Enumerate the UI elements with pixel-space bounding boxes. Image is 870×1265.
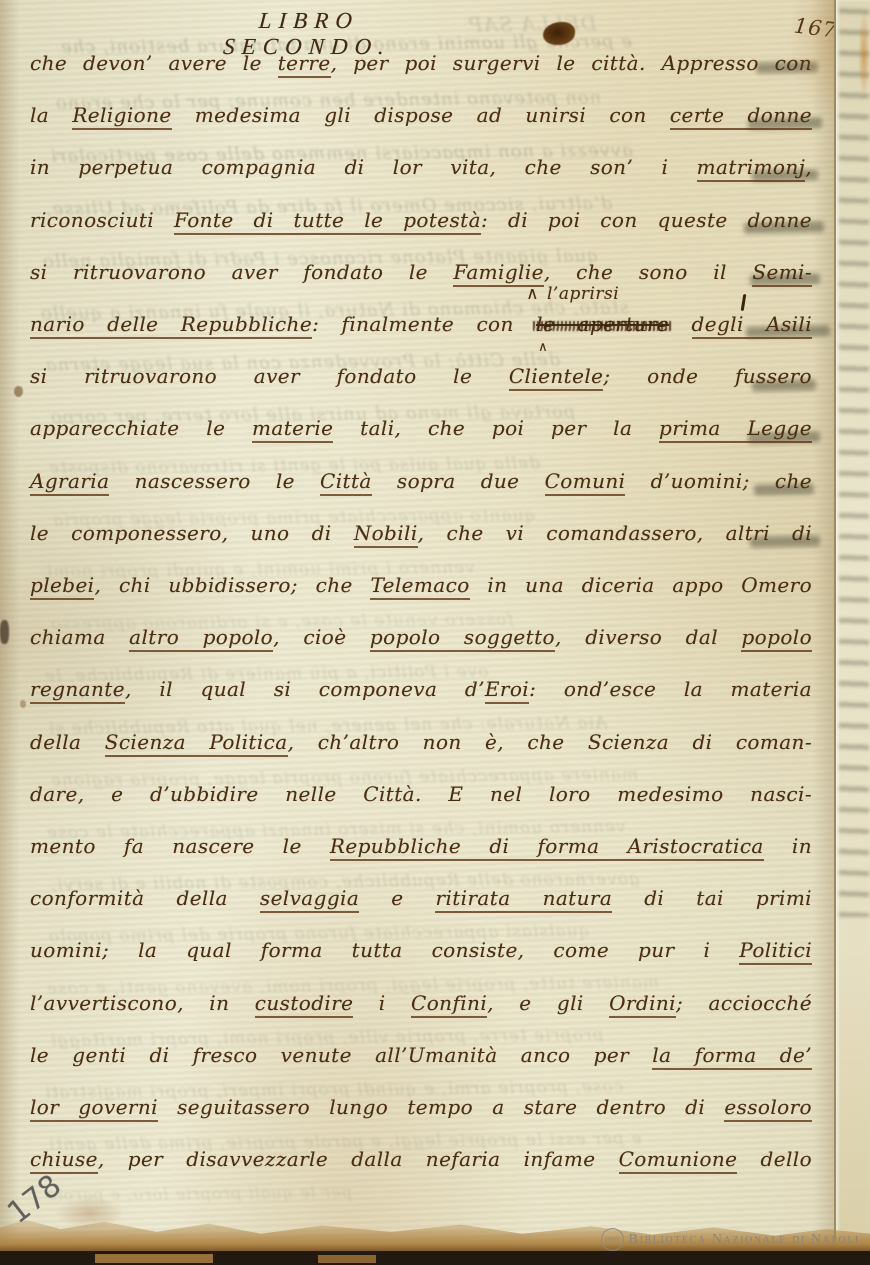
- underlined-phrase: Religione: [72, 103, 171, 130]
- manuscript-word-run: d’uomini; che: [625, 469, 812, 493]
- manuscript-word-run: , chi ubbidissero; che: [94, 573, 370, 597]
- manuscript-word-run: apparecchiate le: [30, 416, 252, 440]
- manuscript-word-run: uomini; la qual forma tutta consiste, co…: [30, 938, 739, 962]
- interlinear-insertion: ∧ l’aprirsi: [526, 286, 619, 303]
- manuscript-line: della Scienza Politica, ch’altro non è, …: [30, 727, 812, 757]
- underlined-phrase: materie: [252, 416, 333, 443]
- underlined-phrase: Eroi: [485, 677, 529, 704]
- manuscript-word-run: medesima gli dispose ad unirsi con: [172, 103, 670, 127]
- manuscript-word-run: della: [30, 730, 105, 754]
- manuscript-line: lor governi seguitassero lungo tempo a s…: [30, 1092, 812, 1122]
- underlined-phrase: prima Legge: [659, 416, 812, 443]
- manuscript-line: chiama altro popolo, cioè popolo soggett…: [30, 622, 812, 652]
- underlined-phrase: Politici: [739, 938, 812, 965]
- bnn-logo-icon: BNN: [601, 1228, 624, 1251]
- manuscript-word-run: la: [30, 103, 72, 127]
- manuscript-line: Agraria nascessero le Città sopra due Co…: [30, 466, 812, 496]
- underlined-phrase: selvaggia: [260, 886, 359, 913]
- manuscript-word-run: , ch’altro non è, che Scienza di coman-: [288, 730, 812, 754]
- underlined-phrase: Clientele: [509, 364, 604, 391]
- page-edge-fragment: [318, 1255, 376, 1263]
- manuscript-word-run: : finalmente con: [312, 312, 536, 336]
- underlined-phrase: chiuse: [30, 1147, 98, 1174]
- manuscript-page: DELLA SAPe perchè gli uomini erano di un…: [0, 0, 870, 1265]
- manuscript-word-run: in perpetua compagnia di lor vita, che s…: [30, 155, 697, 179]
- underlined-phrase: Repubbliche di forma Aristocratica: [330, 834, 764, 861]
- underlined-phrase: Semi-: [752, 260, 812, 287]
- scribble-overlay: [533, 321, 672, 331]
- manuscript-line: uomini; la qual forma tutta consiste, co…: [30, 935, 812, 965]
- manuscript-word-run: , e gli: [487, 991, 609, 1015]
- underlined-phrase: Telemaco: [370, 573, 469, 600]
- library-watermark: BNN Biblioteca Nazionale di Napoli: [601, 1228, 860, 1251]
- ink-speck: [14, 386, 23, 397]
- manuscript-word-run: di tai primi: [612, 886, 812, 910]
- underlined-phrase: Agraria: [30, 469, 109, 496]
- manuscript-word-run: mento fa nascere le: [30, 834, 330, 858]
- manuscript-word-run: l’avvertiscono, in: [30, 991, 255, 1015]
- manuscript-word-run: le genti di fresco venute all’Umanità an…: [30, 1043, 652, 1067]
- watermark-label: Biblioteca Nazionale di Napoli: [629, 1232, 860, 1248]
- manuscript-word-run: chiama: [30, 625, 129, 649]
- underlined-phrase: terre: [278, 51, 331, 78]
- manuscript-line: regnante, il qual si componeva d’Eroi: o…: [30, 674, 812, 704]
- manuscript-line: mento fa nascere le Repubbliche di forma…: [30, 831, 812, 861]
- manuscript-word-run: , per disavvezzarle dalla nefaria infame: [98, 1147, 619, 1171]
- underlined-phrase: popolo: [741, 625, 812, 652]
- manuscript-word-run: i: [353, 991, 411, 1015]
- manuscript-line: l’avvertiscono, in custodire i Confini, …: [30, 988, 812, 1018]
- underlined-phrase: Ordini: [609, 991, 676, 1018]
- manuscript-word-run: si ritruovarono aver fondato le: [30, 260, 453, 284]
- manuscript-word-run: , cioè: [273, 625, 370, 649]
- manuscript-word-run: ,: [805, 155, 812, 179]
- manuscript-line: si ritruovarono aver fondato le Clientel…: [30, 361, 812, 391]
- manuscript-line: chiuse, per disavvezzarle dalla nefaria …: [30, 1144, 812, 1174]
- manuscript-line: apparecchiate le materie tali, che poi p…: [30, 413, 812, 443]
- underlined-phrase: altro popolo: [129, 625, 273, 652]
- underlined-phrase: plebei: [30, 573, 94, 600]
- manuscript-word-run: in: [764, 834, 812, 858]
- manuscript-word-run: [669, 312, 691, 336]
- manuscript-line: in perpetua compagnia di lor vita, che s…: [30, 152, 812, 182]
- underlined-phrase: matrimonj: [697, 155, 806, 182]
- underlined-phrase: la forma de’: [652, 1043, 812, 1070]
- manuscript-word-run: che devon’ avere le: [30, 51, 278, 75]
- underlined-phrase: lor governi: [30, 1095, 158, 1122]
- manuscript-word-run: dello: [737, 1147, 812, 1171]
- manuscript-word-run: e: [359, 886, 435, 910]
- underlined-phrase: Confini: [411, 991, 487, 1018]
- underlined-phrase: ritirata natura: [435, 886, 612, 913]
- underlined-phrase: Comunione: [619, 1147, 738, 1174]
- underlined-phrase: Scienza Politica: [105, 730, 288, 757]
- manuscript-word-run: si ritruovarono aver fondato le: [30, 364, 509, 388]
- manuscript-word-run: , che vi comandassero, altri di: [418, 521, 812, 545]
- underlined-phrase: Comuni: [545, 469, 626, 496]
- manuscript-line: dare, e d’ubbidire nelle Città. E nel lo…: [30, 779, 812, 809]
- manuscript-word-run: dare, e d’ubbidire nelle Città. E nel lo…: [30, 782, 812, 806]
- underlined-phrase: essoloro: [724, 1095, 812, 1122]
- manuscript-line: nario delle Repubbliche: finalmente con …: [30, 309, 812, 339]
- manuscript-word-run: : di poi con queste donne: [481, 208, 812, 232]
- showthrough-ghost-line: DELLA SAP: [468, 11, 597, 36]
- page-curl-shadow: [812, 0, 836, 1265]
- manuscript-line: che devon’ avere le terre, per poi surge…: [30, 48, 812, 78]
- underlined-phrase: custodire: [255, 991, 354, 1018]
- manuscript-word-run: ; onde fussero: [603, 364, 812, 388]
- ink-speck: [20, 700, 26, 708]
- manuscript-word-run: , il qual si componeva d’: [125, 677, 485, 701]
- manuscript-line: riconosciuti Fonte di tutte le potestà: …: [30, 205, 812, 235]
- manuscript-word-run: nascessero le: [109, 469, 320, 493]
- manuscript-word-run: sopra due: [372, 469, 545, 493]
- ink-blot: [543, 22, 575, 45]
- underlined-phrase: regnante: [30, 677, 125, 704]
- manuscript-word-run: le componessero, uno di: [30, 521, 354, 545]
- ink-speck: [0, 620, 9, 644]
- manuscript-word-run: : ond’esce la materia: [529, 677, 812, 701]
- manuscript-word-run: in una diceria appo Omero: [470, 573, 812, 597]
- underlined-phrase: popolo soggetto: [370, 625, 555, 652]
- underlined-phrase: nario delle Repubbliche: [30, 312, 312, 339]
- underlined-phrase: Nobili: [354, 521, 418, 548]
- manuscript-line: conformità della selvaggia e ritirata na…: [30, 883, 812, 913]
- manuscript-word-run: , per poi surgervi le città. Appresso co…: [331, 51, 812, 75]
- manuscript-line: plebei, chi ubbidissero; che Telemaco in…: [30, 570, 812, 600]
- scribbled-deletion: le aperture∧ l’aprirsi∧: [536, 312, 669, 336]
- manuscript-word-run: seguitassero lungo tempo a stare dentro …: [158, 1095, 724, 1119]
- manuscript-word-run: , diverso dal: [555, 625, 742, 649]
- underlined-phrase: Famiglie: [453, 260, 543, 287]
- manuscript-line: la Religione medesima gli dispose ad uni…: [30, 100, 812, 130]
- underlined-phrase: Fonte di tutte le potestà: [174, 208, 481, 235]
- manuscript-line: le componessero, uno di Nobili, che vi c…: [30, 518, 812, 548]
- underlined-phrase: Città: [320, 469, 372, 496]
- scan-background-strip: [0, 1251, 870, 1265]
- manuscript-word-run: , che sono il: [544, 260, 753, 284]
- page-edge-fragment: [95, 1254, 213, 1263]
- adjacent-page-edge: [834, 0, 870, 1265]
- manuscript-word-run: ; acciocché: [676, 991, 812, 1015]
- manuscript-word-run: tali, che poi per la: [333, 416, 659, 440]
- manuscript-line: si ritruovarono aver fondato le Famiglie…: [30, 257, 812, 287]
- underlined-phrase: degli Asili: [692, 312, 812, 339]
- manuscript-word-run: conformità della: [30, 886, 260, 910]
- manuscript-line: le genti di fresco venute all’Umanità an…: [30, 1040, 812, 1070]
- insertion-caret: ∧: [538, 333, 548, 363]
- manuscript-word-run: riconosciuti: [30, 208, 174, 232]
